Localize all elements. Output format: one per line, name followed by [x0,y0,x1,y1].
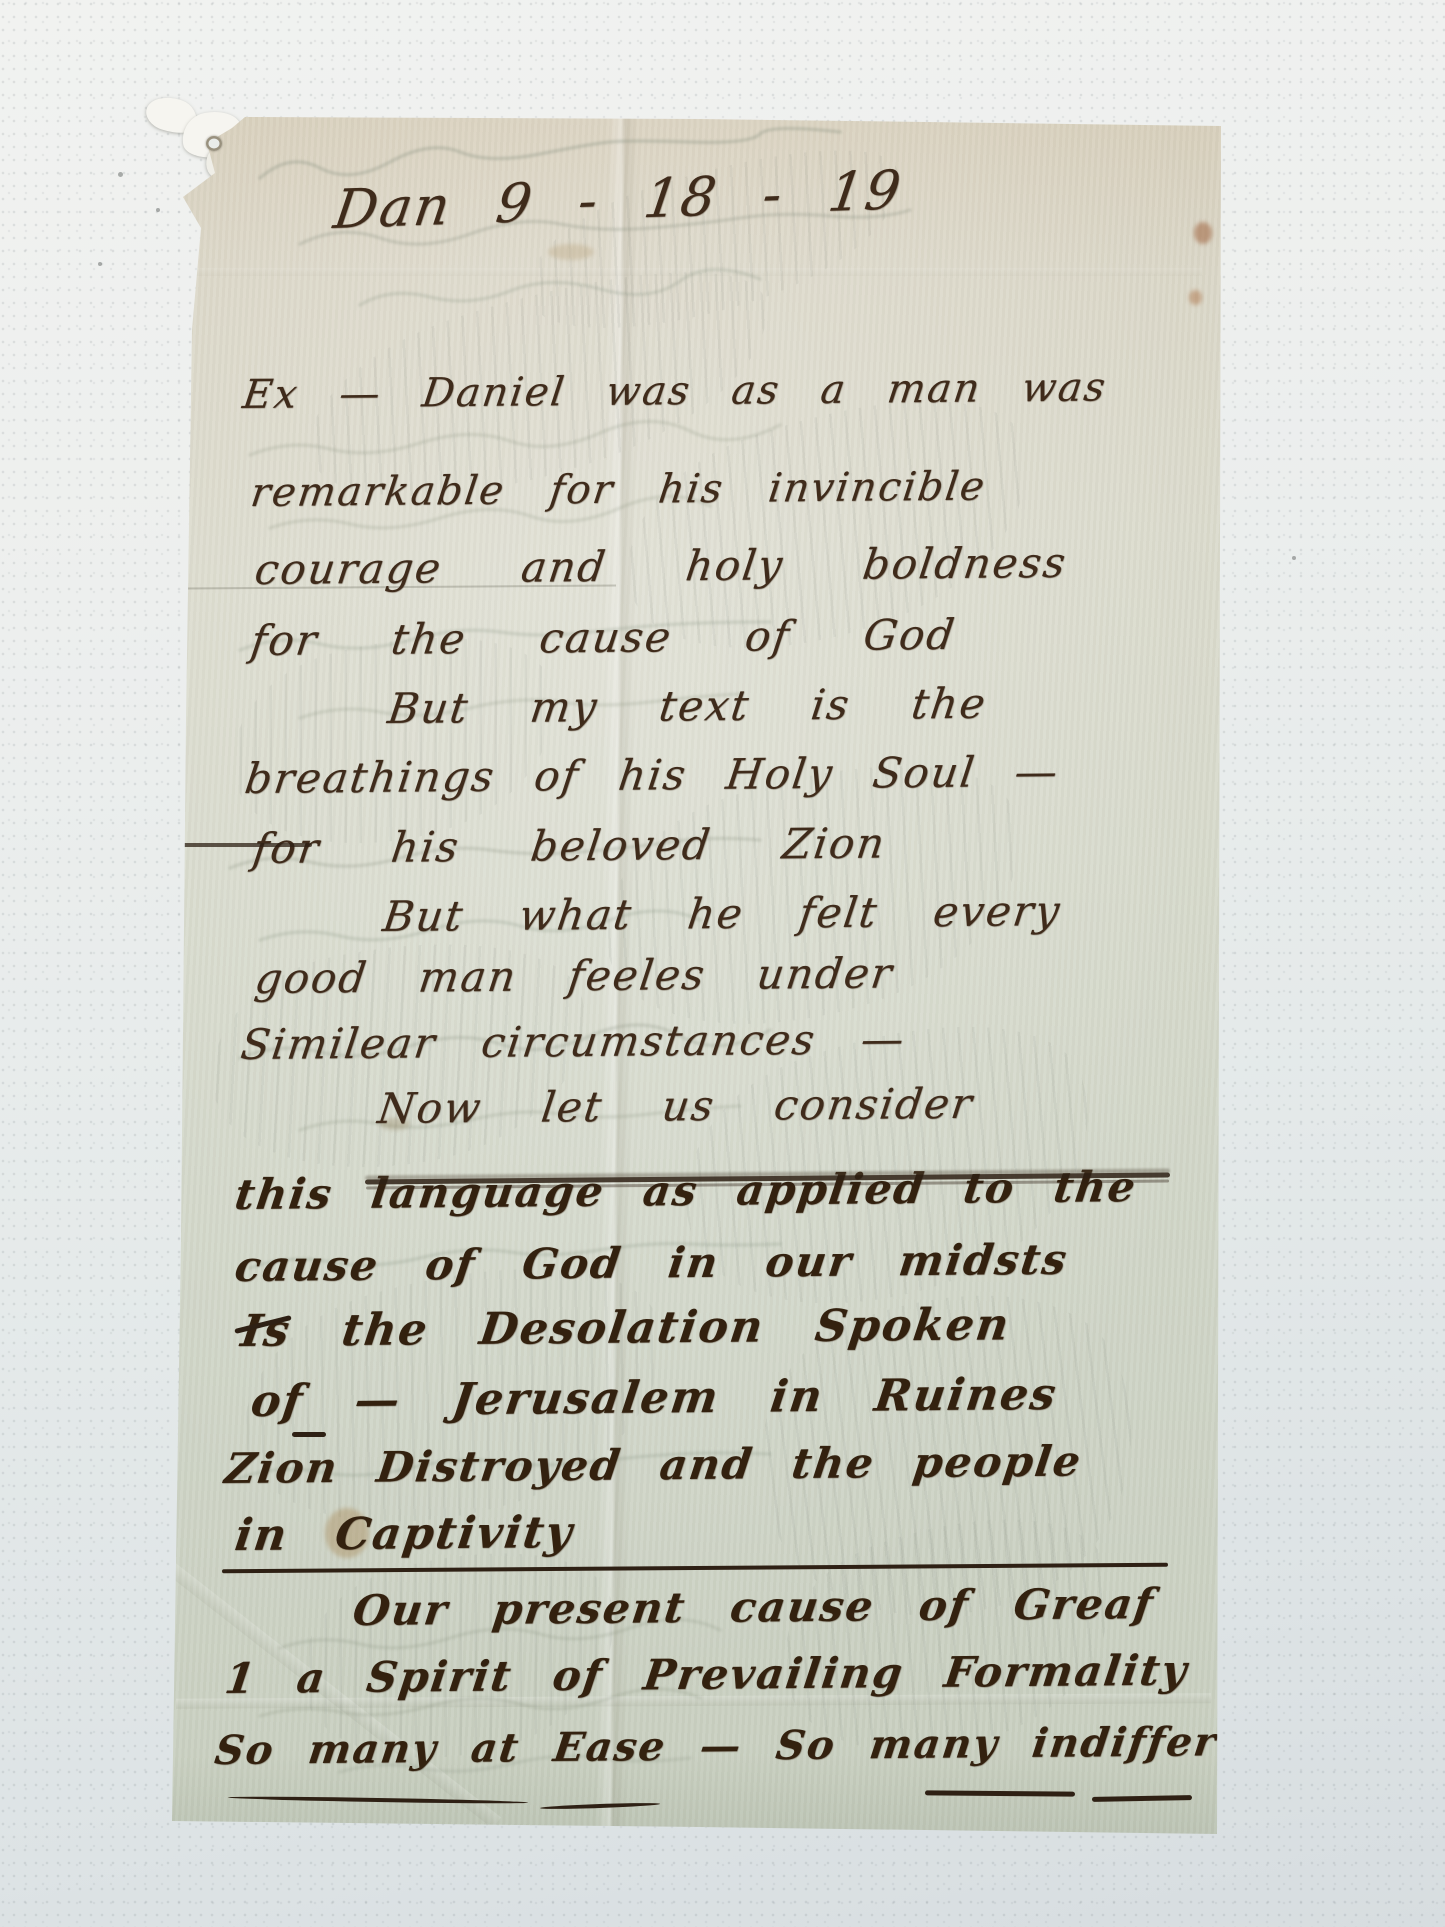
foxing-stain [1189,290,1202,305]
foxing-stain [162,592,175,636]
manuscript-line-3: courage and holy boldness [252,538,1070,594]
manuscript-line-13: cause of God in our midsts [232,1235,1071,1291]
foxing-stain [548,244,594,260]
manuscript-line-7: for his beloved Zion [250,818,889,873]
insertion-cross-mark [292,1432,326,1437]
manuscript-line-11: Now let us consider [375,1079,977,1133]
manuscript-line-17: in Captivity [232,1507,577,1561]
manuscript-line-15: of — Jerusalem in Ruines [248,1369,1060,1427]
manuscript-paper: Dan 9 - 18 - 19 Ex — Daniel was as a man… [0,0,1445,1927]
manuscript-line-4: for the cause of God [248,610,959,665]
manuscript-line-2: remarkable for his invincible [248,464,989,516]
manuscript-line-18: Our present cause of Greaf [350,1579,1157,1635]
manuscript-line-14: Is the Desolation Spoken [238,1299,1013,1357]
manuscript-line-5: But my text is the [385,679,990,733]
paper-hole [206,136,222,151]
manuscript-line-10: Similear circumstances — [238,1014,909,1069]
manuscript-line-9: good man feeles under [252,948,897,1003]
manuscript-line-12: this language as applied to the [232,1162,1140,1219]
manuscript-line-20: So many at Ease — So many indifferent [212,1718,1299,1774]
margin-dash-stroke [182,843,312,847]
background-speck [98,262,102,266]
background-speck [156,208,160,212]
foxing-stain [1194,222,1212,244]
background-speck [118,172,123,177]
manuscript-line-16: Zion Distroyed and the people [222,1437,1085,1493]
manuscript-line-1: Ex — Daniel was as a man was [240,364,1110,418]
manuscript-line-6: breathings of his Holy Soul — [242,747,1062,803]
background-speck [1292,556,1296,560]
manuscript-line-19: 1 a Spirit of Prevailing Formality [222,1646,1191,1703]
photo-background: Dan 9 - 18 - 19 Ex — Daniel was as a man… [0,0,1445,1927]
manuscript-line-8: But what he felt every [380,886,1064,941]
